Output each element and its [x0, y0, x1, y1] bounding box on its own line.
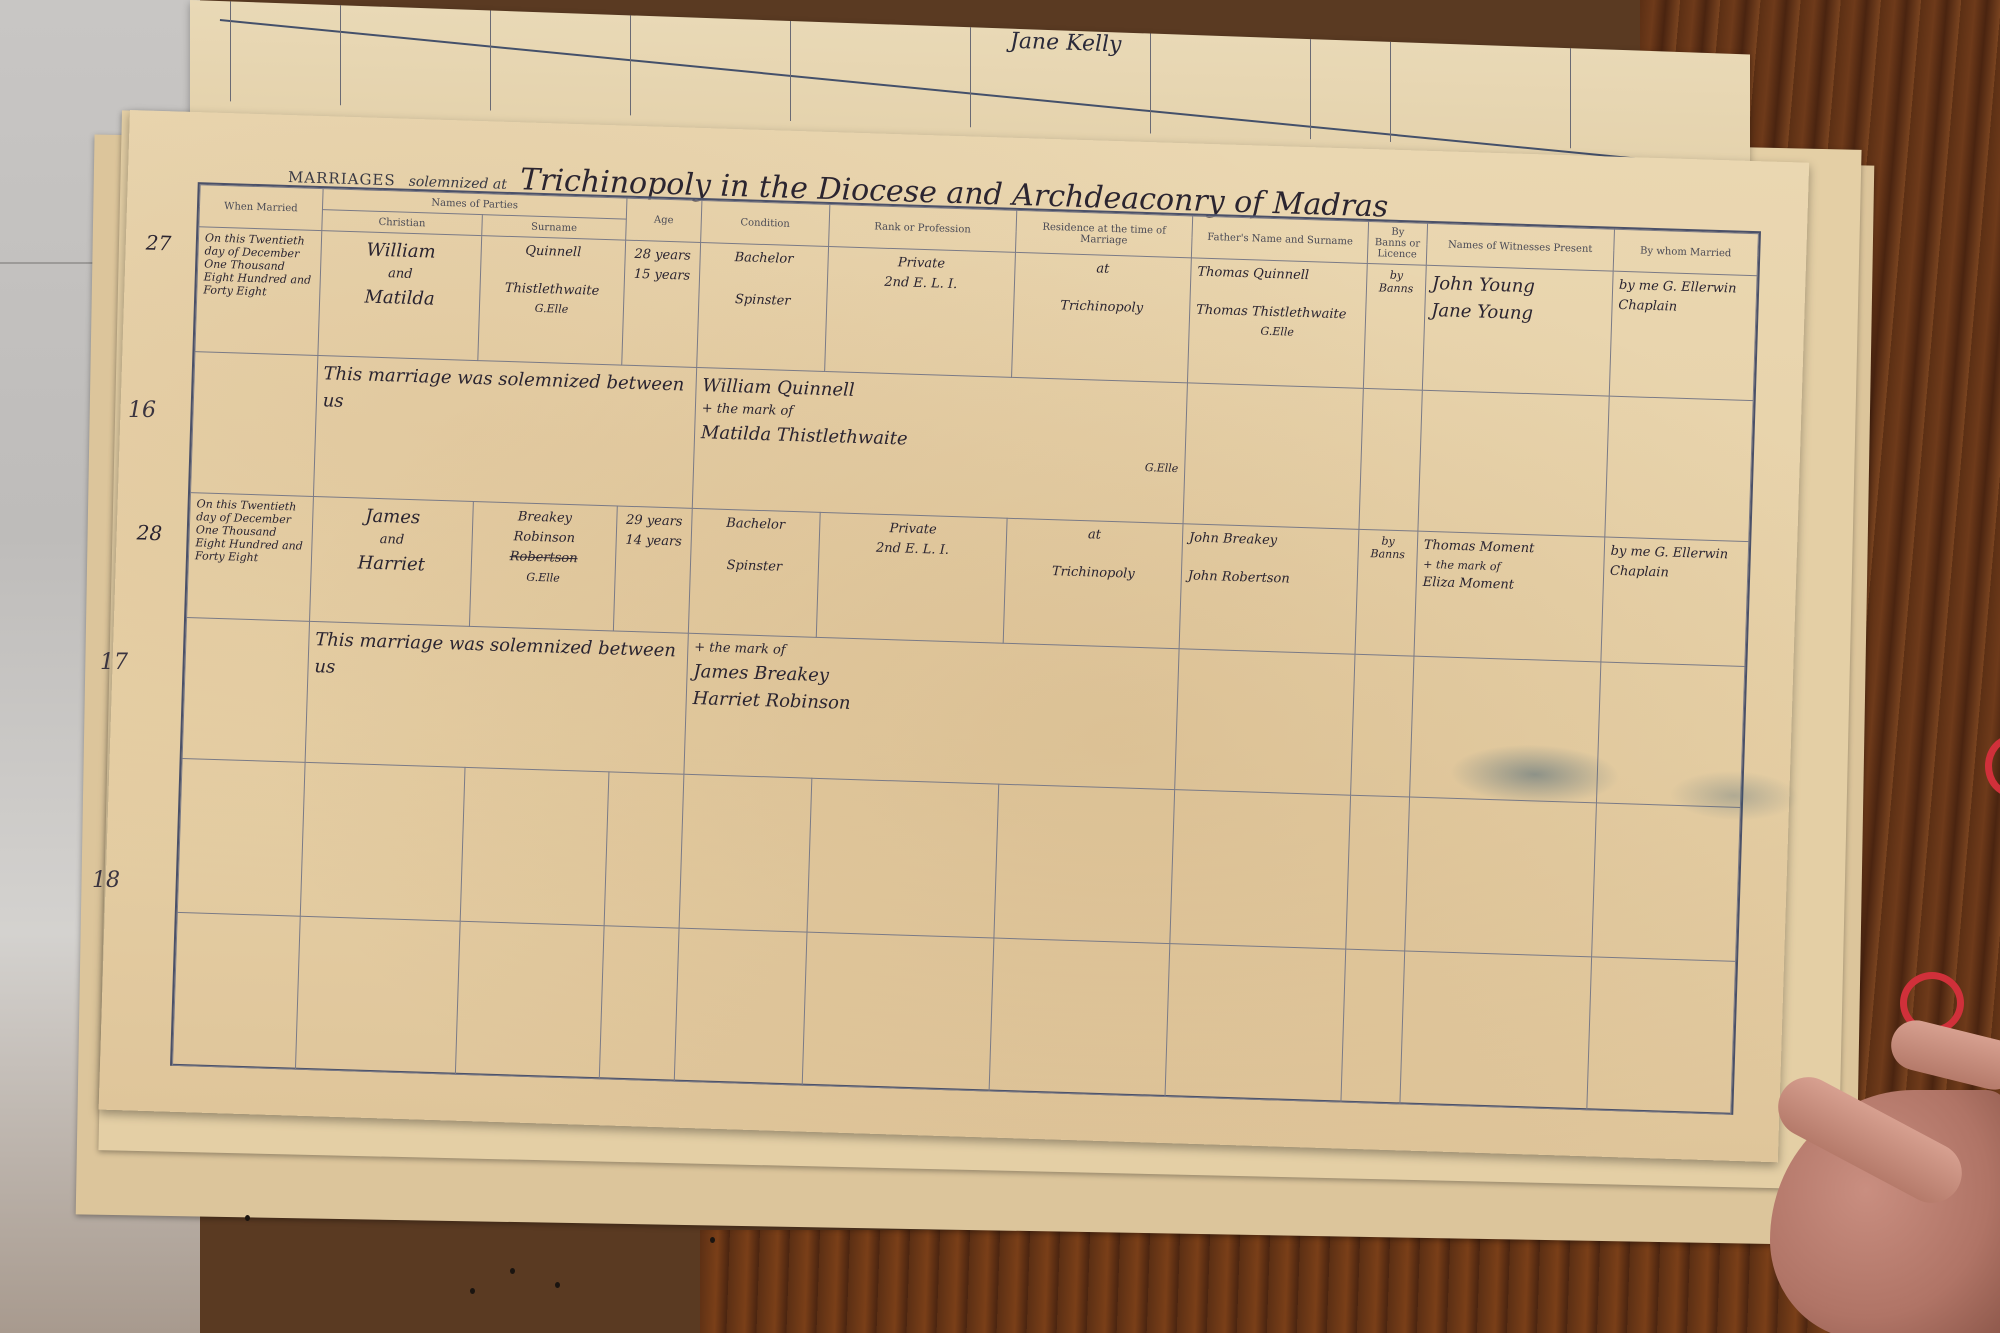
wormhole: [470, 1288, 475, 1294]
margin-entry-number: 17: [100, 650, 128, 675]
column-line: [490, 10, 491, 110]
handwritten-signature: Jane Kelly: [1010, 29, 1121, 58]
header-when-married: When Married: [199, 185, 323, 231]
bride-age: 15 years: [631, 265, 693, 287]
empty-cell: [1183, 383, 1364, 530]
wormhole: [510, 1268, 515, 1274]
age-cell: 28 years 15 years: [622, 240, 701, 367]
banns-cell: by Banns: [1364, 263, 1427, 390]
rank-cell: Private 2nd E. L. I.: [825, 247, 1016, 378]
groom-surname: Quinnell: [487, 240, 619, 264]
bride-condition: Spinster: [696, 555, 812, 579]
correction-initials: G.Elle: [477, 567, 609, 588]
bride-christian: Harriet: [317, 548, 465, 580]
when-married-cell: On this Twentieth day of December One Th…: [195, 227, 322, 356]
surname-cell: Breakey Robinson Robertson G.Elle: [469, 502, 617, 631]
ink-blot: [1449, 742, 1621, 807]
empty-cell: [1359, 388, 1422, 531]
bride-christian: Matilda: [326, 282, 474, 314]
header-by-whom: By whom Married: [1613, 229, 1758, 276]
witnesses-cell: John Young Jane Young: [1422, 265, 1613, 396]
groom-age: 29 years: [623, 511, 685, 533]
empty-cell: [1418, 390, 1609, 537]
empty-cell: [182, 617, 309, 762]
column-line: [340, 5, 341, 105]
party-signatures: William Quinnell + the mark of Matilda T…: [692, 367, 1187, 524]
ink-blot: [1668, 769, 1800, 823]
entry-number: 28: [136, 520, 162, 545]
column-line: [1150, 34, 1151, 134]
column-line: [230, 1, 231, 101]
header-witnesses: Names of Witnesses Present: [1426, 223, 1614, 271]
header-rank: Rank or Profession: [829, 205, 1017, 253]
empty-cell: [1175, 649, 1356, 796]
condition-cell: Bachelor Spinster: [697, 242, 829, 371]
residence-at: at: [1013, 523, 1177, 548]
header-age: Age: [626, 198, 702, 242]
wormhole: [245, 1215, 250, 1221]
column-line: [1310, 39, 1311, 139]
residence-cell: at Trichinopoly: [1003, 518, 1183, 648]
header-banns: By Banns or Licence: [1367, 221, 1427, 265]
residence-cell: at Trichinopoly: [1011, 252, 1191, 382]
by-whom-cell: by me G. Ellerwin Chaplain: [1609, 271, 1757, 400]
christian-names-cell: James and Harriet: [309, 497, 473, 627]
condition-cell: Bachelor Spinster: [688, 509, 820, 638]
witness: Eliza Moment: [1422, 573, 1596, 599]
age-cell: 29 years 14 years: [613, 506, 692, 633]
register-page: MARRIAGES solemnized at Trichinopoly in …: [99, 110, 1810, 1162]
empty-cell: [1605, 396, 1754, 542]
wormhole: [555, 1282, 560, 1288]
bride-father: John Robertson: [1188, 567, 1352, 592]
solemnized-statement: This marriage was solemnized between us: [305, 621, 688, 774]
witnesses-cell: Thomas Moment + the mark of Eliza Moment: [1414, 531, 1605, 662]
header-residence: Residence at the time of Marriage: [1015, 210, 1192, 258]
bride-age: 14 years: [622, 531, 684, 553]
regiment: 2nd E. L. I.: [834, 271, 1008, 297]
groom-father: John Breakey: [1189, 529, 1353, 554]
empty-cell: [1351, 654, 1414, 797]
column-line: [630, 15, 631, 115]
column-line: [790, 21, 791, 121]
column-line: [1570, 48, 1571, 148]
column-line: [970, 27, 971, 127]
banns-cell: by Banns: [1355, 529, 1418, 656]
margin-entry-number: 16: [128, 398, 156, 423]
column-line: [1390, 42, 1391, 142]
regiment: 2nd E. L. I.: [825, 537, 999, 563]
groom-father: Thomas Quinnell: [1197, 263, 1361, 288]
party-signatures: + the mark of James Breakey Harriet Robi…: [684, 633, 1179, 790]
surname-cell: Quinnell Thistlethwaite G.Elle: [478, 236, 626, 365]
entry-number: 27: [145, 231, 171, 256]
wormhole: [710, 1237, 715, 1243]
solemnized-statement: This marriage was solemnized between us: [313, 355, 696, 508]
groom-condition: Bachelor: [698, 513, 814, 537]
rank-cell: Private 2nd E. L. I.: [816, 513, 1007, 644]
header-father: Father's Name and Surname: [1191, 216, 1368, 264]
empty-cell: [191, 351, 318, 496]
residence-place: Trichinopoly: [1011, 561, 1175, 586]
groom-age: 28 years: [631, 245, 693, 267]
header-condition: Condition: [700, 201, 829, 247]
marriage-register-table: When Married Names of Parties Age Condit…: [170, 182, 1761, 1115]
christian-names-cell: William and Matilda: [318, 231, 482, 361]
bride-condition: Spinster: [705, 289, 821, 313]
when-married-cell: On this Twentieth day of December One Th…: [187, 493, 314, 622]
groom-condition: Bachelor: [706, 247, 822, 271]
residence-at: at: [1021, 257, 1185, 282]
margin-entry-number: 18: [92, 868, 120, 893]
father-cell: Thomas Quinnell Thomas Thistlethwaite G.…: [1187, 258, 1367, 388]
witness: Jane Young: [1431, 297, 1606, 329]
father-cell: John Breakey John Robertson: [1179, 524, 1359, 654]
residence-place: Trichinopoly: [1020, 295, 1184, 320]
by-whom-cell: by me G. Ellerwin Chaplain: [1601, 537, 1749, 666]
